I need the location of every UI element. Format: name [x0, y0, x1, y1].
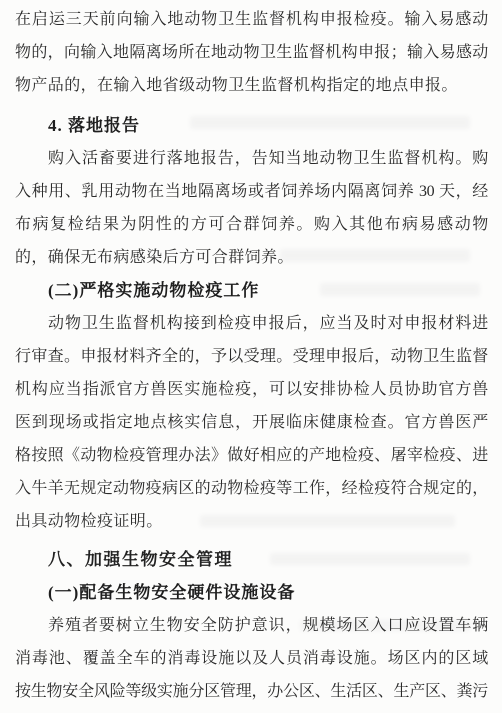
text-line: 布病复检结果为阴性的方可合群饲养。购入其他布病易感动物: [15, 208, 488, 241]
text-line: 机构应当指派官方兽医实施检疫，可以安排协检人员协助官方兽: [15, 373, 488, 406]
text-line: 入牛羊无规定动物疫病区的动物检疫等工作，经检疫符合规定的，: [15, 472, 488, 505]
text-line: 购入活畜要进行落地报告，告知当地动物卫生监督机构。购: [15, 142, 488, 175]
text-line: 医到现场或指定地点核实信息，开展临床健康检查。官方兽医严: [15, 406, 488, 439]
text-line: 出具动物检疫证明。: [15, 505, 488, 538]
text-line: 入种用、乳用动物在当地隔离场或者饲养场内隔离饲养 30 天，经: [15, 175, 488, 208]
text-line: 物产品的，在输入地省级动物卫生监督机构指定的地点申报。: [15, 69, 488, 102]
text-line: 动物卫生监督机构接到检疫申报后，应当及时对申报材料进: [15, 307, 488, 340]
text-line: 格按照《动物检疫管理办法》做好相应的产地检疫、屠宰检疫、进: [15, 439, 488, 472]
heading-line: (二)严格实施动物检疫工作: [15, 274, 488, 307]
text-line: 物的，向输入地隔离场所在地动物卫生监督机构申报；输入易感动: [15, 36, 488, 69]
heading-line: (一)配备生物安全硬件设施设备: [15, 576, 488, 609]
scanned-document-page: 在启运三天前向输入地动物卫生监督机构申报检疫。输入易感动物的，向输入地隔离场所在…: [0, 0, 502, 713]
text-line: 按生物安全风险等级实施分区管理，办公区、生活区、生产区、粪污: [15, 675, 488, 708]
text-line: 消毒池、覆盖全车的消毒设施以及人员消毒设施。场区内的区域: [15, 642, 488, 675]
document-body: 在启运三天前向输入地动物卫生监督机构申报检疫。输入易感动物的，向输入地隔离场所在…: [0, 0, 502, 708]
text-line: 的，确保无布病感染后方可合群饲养。: [15, 241, 488, 274]
heading-line: 4. 落地报告: [15, 109, 488, 142]
text-line: 在启运三天前向输入地动物卫生监督机构申报检疫。输入易感动: [15, 3, 488, 36]
text-line: 行审查。申报材料齐全的，予以受理。受理申报后，动物卫生监督: [15, 340, 488, 373]
heading-line: 八、加强生物安全管理: [15, 543, 488, 576]
text-line: 养殖者要树立生物安全防护意识，规模场区入口应设置车辆: [15, 609, 488, 642]
